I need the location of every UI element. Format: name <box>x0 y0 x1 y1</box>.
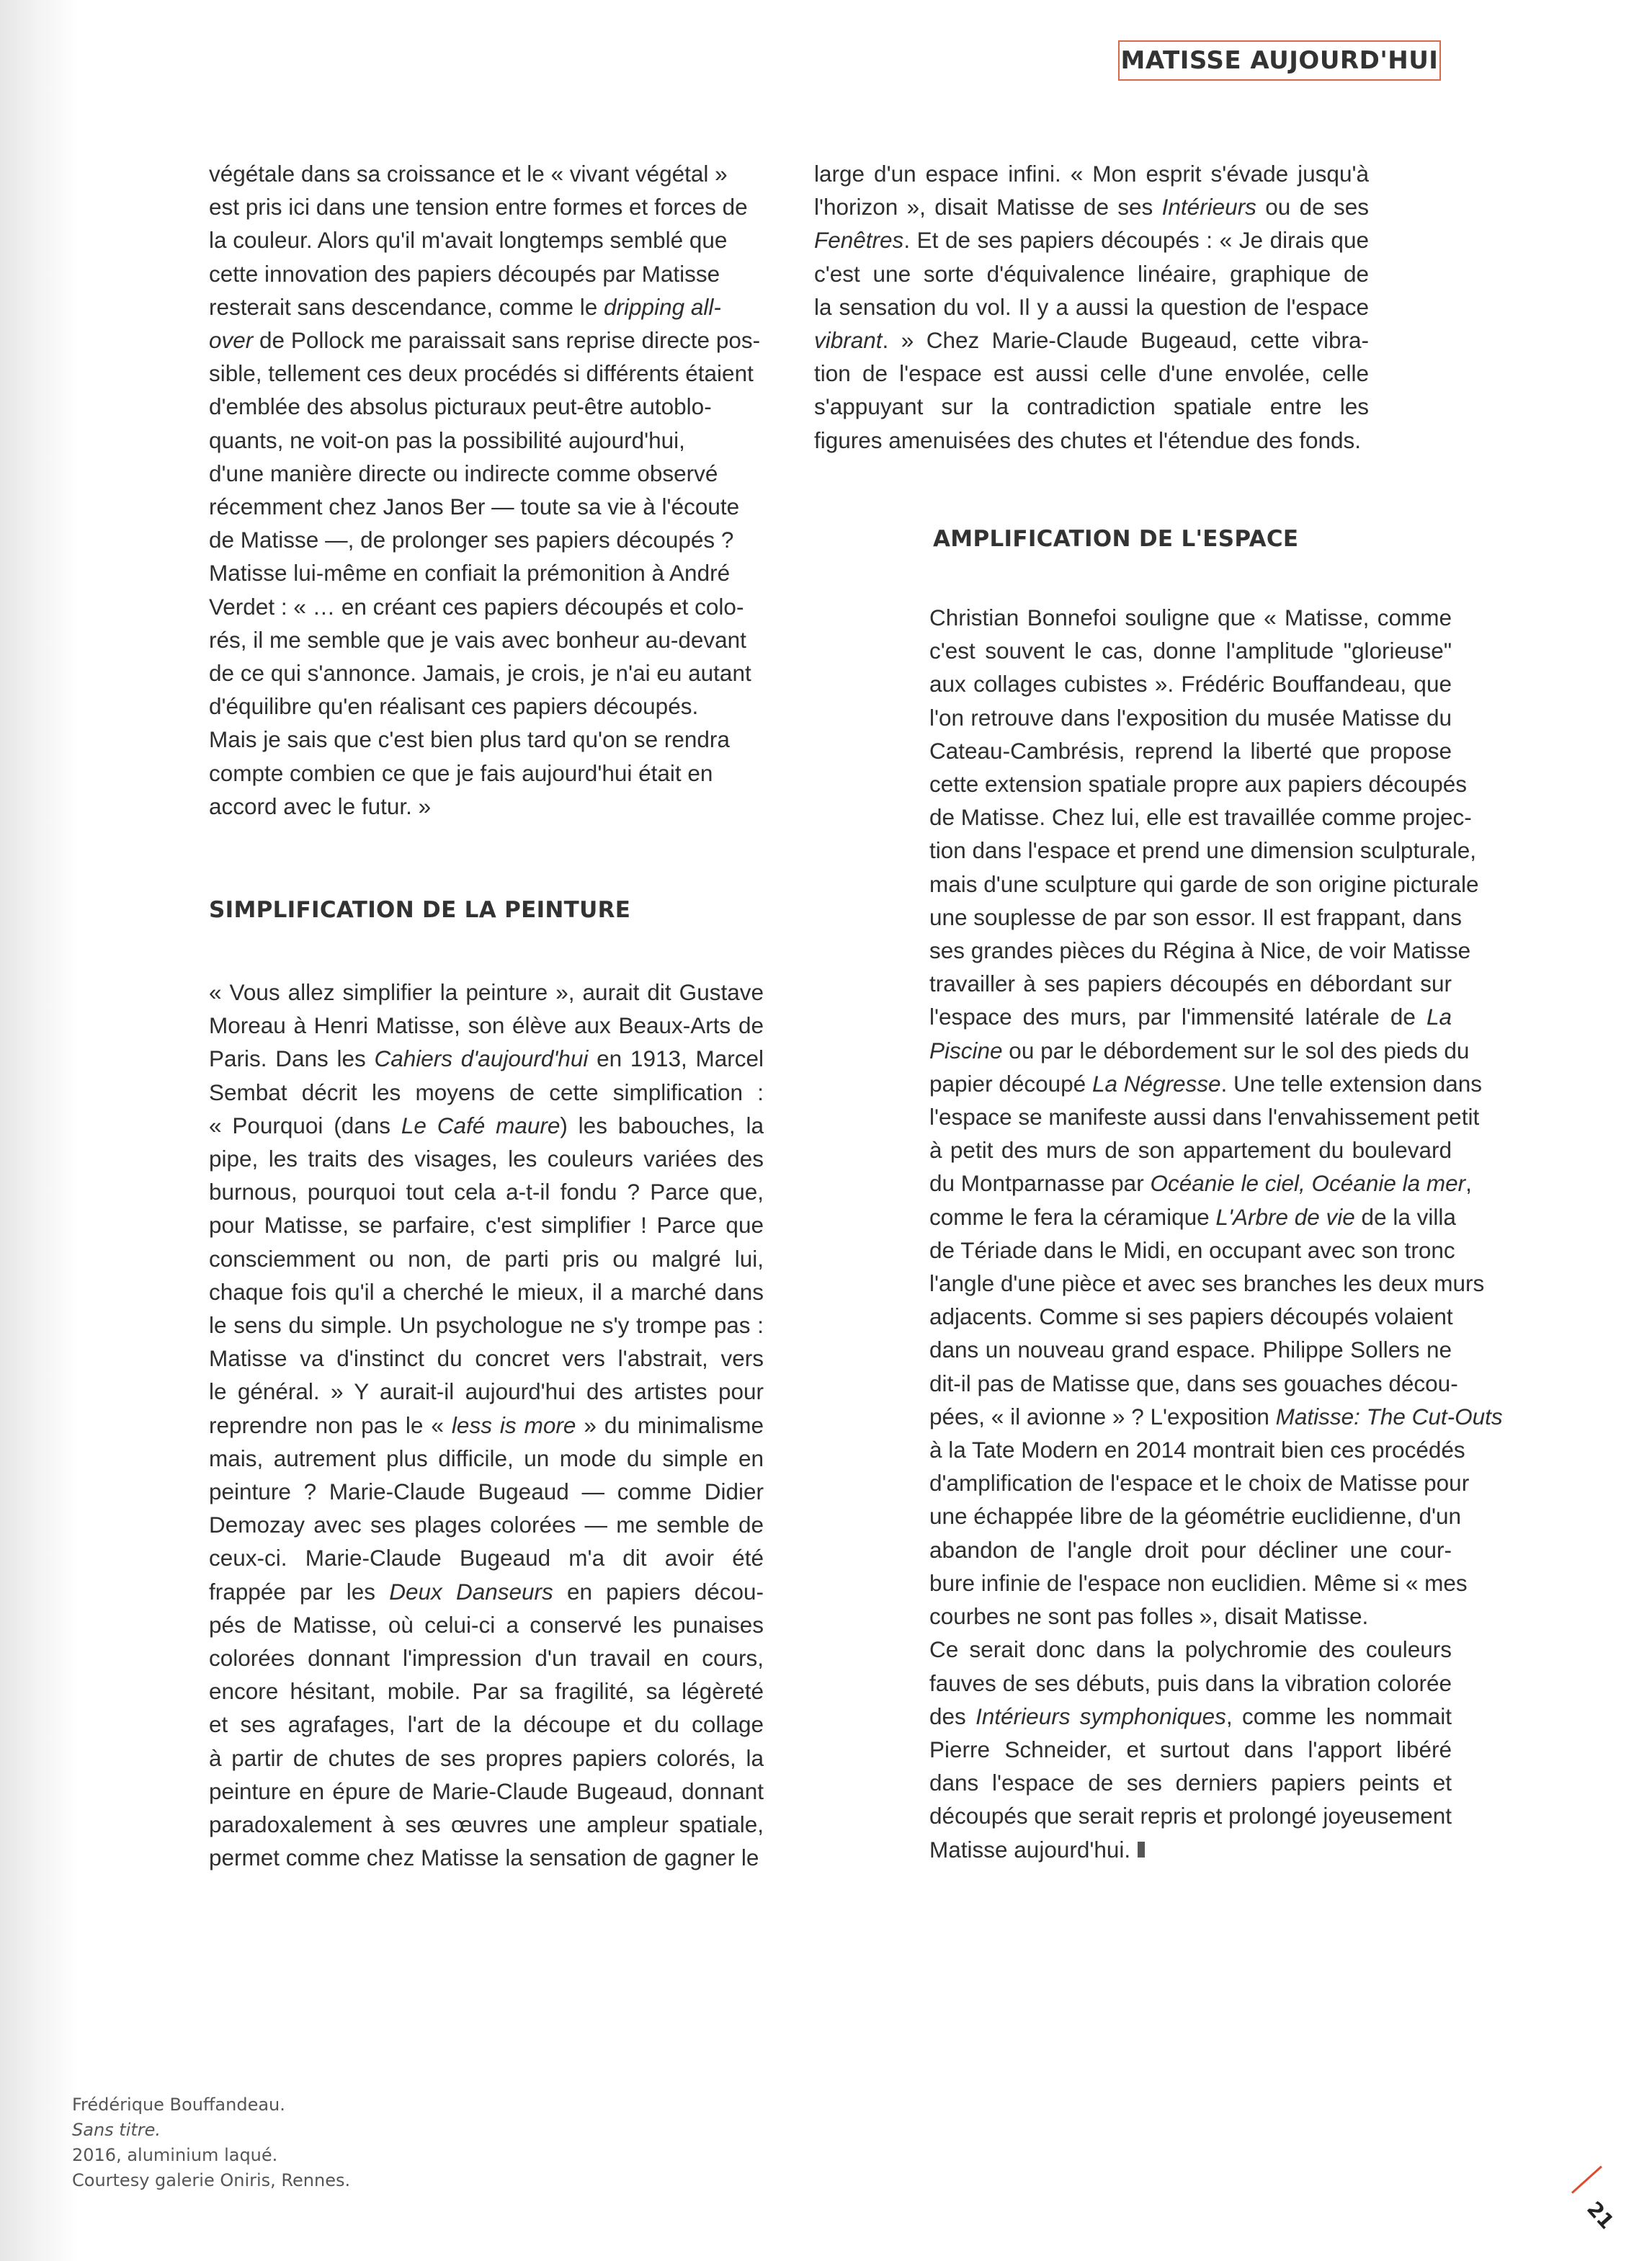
text-line: tion dans l'espace et prend une dimensio… <box>929 834 1452 867</box>
section-tag-label: MATISSE AUJOURD'HUI <box>1121 46 1439 75</box>
caption-details: 2016, aluminium laqué. <box>72 2143 350 2168</box>
text-line: pipe, les traits des visages, les couleu… <box>209 1142 764 1175</box>
text-line: végétale dans sa croissance et le « viva… <box>209 157 650 190</box>
heading-simplification: SIMPLIFICATION DE LA PEINTURE <box>209 897 630 923</box>
text-line: rés, il me semble que je vais avec bonhe… <box>209 623 650 656</box>
text-line: la couleur. Alors qu'il m'avait longtemp… <box>209 223 650 257</box>
text-line: pées, « il avionne » ? L'exposition Mati… <box>929 1400 1452 1433</box>
text-line: de Tériade dans le Midi, en occupant ave… <box>929 1234 1452 1267</box>
right-column-intro: large d'un espace infini. « Mon esprit s… <box>814 157 1369 457</box>
text-line: à la Tate Modern en 2014 montrait bien c… <box>929 1433 1452 1466</box>
text-line: est pris ici dans une tension entre form… <box>209 190 650 223</box>
text-line: Piscine ou par le débordement sur le sol… <box>929 1034 1452 1067</box>
text-line: dit-il pas de Matisse que, dans ses goua… <box>929 1367 1452 1400</box>
end-of-article-icon <box>1138 1842 1145 1858</box>
text-line: de Matisse —, de prolonger ses papiers d… <box>209 523 650 556</box>
text-line: Moreau à Henri Matisse, son élève aux Be… <box>209 1009 764 1042</box>
text-line: Verdet : « … en créant ces papiers décou… <box>209 590 650 623</box>
text-line: et ses agrafages, l'art de la découpe et… <box>209 1708 764 1741</box>
caption-credit: Courtesy galerie Oniris, Rennes. <box>72 2168 350 2193</box>
text-line: Christian Bonnefoi souligne que « Matiss… <box>929 601 1452 634</box>
text-line: Demozay avec ses plages colorées — me se… <box>209 1508 764 1541</box>
text-line: Matisse lui-même en confiait la prémonit… <box>209 556 650 589</box>
text-line: accord avec le futur. » <box>209 790 650 823</box>
text-line: à petit des murs de son appartement du b… <box>929 1133 1452 1167</box>
text-line: aux collages cubistes ». Frédéric Bouffa… <box>929 667 1452 700</box>
section-tag: MATISSE AUJOURD'HUI <box>1118 40 1441 81</box>
text-line: papier découpé La Négresse. Une telle ex… <box>929 1067 1452 1100</box>
text-line: courbes ne sont pas folles », disait Mat… <box>929 1600 1452 1633</box>
text-line: « Pourquoi (dans Le Café maure) les babo… <box>209 1109 764 1142</box>
text-line: l'espace se manifeste aussi dans l'envah… <box>929 1100 1452 1133</box>
page-number-label: 21 <box>1582 2197 1619 2234</box>
text-line: Cateau-Cambrésis, reprend la liberté que… <box>929 734 1452 767</box>
simplification-paragraph: « Vous allez simplifier la peinture », a… <box>209 976 764 1874</box>
text-line: Ce serait donc dans la polychromie des c… <box>929 1633 1452 1666</box>
text-line: paradoxalement à ses œuvres une ampleur … <box>209 1808 764 1841</box>
page-number: 21 <box>1556 2169 1635 2234</box>
text-line: Pierre Schneider, et surtout dans l'appo… <box>929 1733 1452 1766</box>
text-line: compte combien ce que je fais aujourd'hu… <box>209 757 650 790</box>
text-line: « Vous allez simplifier la peinture », a… <box>209 976 764 1009</box>
text-line: à partir de chutes de ses propres papier… <box>209 1742 764 1775</box>
text-line: Mais je sais que c'est bien plus tard qu… <box>209 723 650 756</box>
text-line: adjacents. Comme si ses papiers découpés… <box>929 1300 1452 1333</box>
text-line: Matisse aujourd'hui. <box>929 1833 1452 1866</box>
page-number-slash-icon <box>1571 2166 1602 2194</box>
text-line: burnous, pourquoi tout cela a-t-il fondu… <box>209 1175 764 1208</box>
left-column-intro: végétale dans sa croissance et le « viva… <box>209 157 650 823</box>
text-line: frappée par les Deux Danseurs en papiers… <box>209 1575 764 1608</box>
text-line: récemment chez Janos Ber — toute sa vie … <box>209 490 650 523</box>
text-line: dans un nouveau grand espace. Philippe S… <box>929 1333 1452 1366</box>
text-line: ses grandes pièces du Régina à Nice, de … <box>929 934 1452 967</box>
text-line: mais d'une sculpture qui garde de son or… <box>929 868 1452 901</box>
text-line: cette extension spatiale propre aux papi… <box>929 767 1452 801</box>
text-line: consciemment ou non, de parti pris ou ma… <box>209 1242 764 1275</box>
text-line: resterait sans descendance, comme le dri… <box>209 290 650 324</box>
text-line: fauves de ses débuts, puis dans la vibra… <box>929 1667 1452 1700</box>
text-line: Sembat décrit les moyens de cette simpli… <box>209 1076 764 1109</box>
text-line: over de Pollock me paraissait sans repri… <box>209 324 650 357</box>
text-line: la sensation du vol. Il y a aussi la que… <box>814 290 1369 324</box>
image-caption: Frédérique Bouffandeau. Sans titre. 2016… <box>72 2092 350 2193</box>
caption-title: Sans titre. <box>72 2118 350 2143</box>
text-line: reprendre non pas le « less is more » du… <box>209 1409 764 1442</box>
text-line: chaque fois qu'il a cherché le mieux, il… <box>209 1275 764 1308</box>
text-line: colorées donnant l'impression d'un trava… <box>209 1641 764 1674</box>
text-line: vibrant. » Chez Marie-Claude Bugeaud, ce… <box>814 324 1369 357</box>
text-line: s'appuyant sur la contradiction spatiale… <box>814 390 1369 423</box>
text-line: d'une manière directe ou indirecte comme… <box>209 457 650 490</box>
text-line: abandon de l'angle droit pour décliner u… <box>929 1533 1452 1566</box>
text-line: l'horizon », disait Matisse de ses Intér… <box>814 190 1369 223</box>
text-line: Fenêtres. Et de ses papiers découpés : «… <box>814 223 1369 257</box>
text-line: comme le fera la céramique L'Arbre de vi… <box>929 1200 1452 1234</box>
text-line: bure infinie de l'espace non euclidien. … <box>929 1566 1452 1600</box>
text-line: l'on retrouve dans l'exposition du musée… <box>929 701 1452 734</box>
text-line: encore hésitant, mobile. Par sa fragilit… <box>209 1674 764 1708</box>
text-line: Paris. Dans les Cahiers d'aujourd'hui en… <box>209 1042 764 1075</box>
left-column-simplification: « Vous allez simplifier la peinture », a… <box>209 976 764 1874</box>
intro-paragraph: végétale dans sa croissance et le « viva… <box>209 157 650 823</box>
text-line: pour Matisse, se parfaire, c'est simplif… <box>209 1208 764 1241</box>
text-line: sible, tellement ces deux procédés si di… <box>209 357 650 390</box>
text-line: c'est une sorte d'équivalence linéaire, … <box>814 257 1369 290</box>
text-line: d'amplification de l'espace et le choix … <box>929 1466 1452 1499</box>
text-line: dans l'espace de ses derniers papiers pe… <box>929 1766 1452 1799</box>
text-line: large d'un espace infini. « Mon esprit s… <box>814 157 1369 190</box>
caption-artist: Frédérique Bouffandeau. <box>72 2092 350 2118</box>
text-line: l'angle d'une pièce et avec ses branches… <box>929 1267 1452 1300</box>
right-top-paragraph: large d'un espace infini. « Mon esprit s… <box>814 157 1369 457</box>
text-line: une souplesse de par son essor. Il est f… <box>929 901 1452 934</box>
text-line: Matisse va d'instinct du concret vers l'… <box>209 1342 764 1375</box>
text-line: pés de Matisse, où celui-ci a conservé l… <box>209 1608 764 1641</box>
text-line: figures amenuisées des chutes et l'étend… <box>814 424 1369 457</box>
text-line: d'équilibre qu'en réalisant ces papiers … <box>209 690 650 723</box>
text-line: le sens du simple. Un psychologue ne s'y… <box>209 1308 764 1342</box>
right-column-amplification: Christian Bonnefoi souligne que « Matiss… <box>929 601 1452 1866</box>
text-line: ceux-ci. Marie-Claude Bugeaud m'a dit av… <box>209 1541 764 1574</box>
text-line: d'emblée des absolus picturaux peut-être… <box>209 390 650 423</box>
text-line: découpés que serait repris et prolongé j… <box>929 1799 1452 1832</box>
text-line: peinture en épure de Marie-Claude Bugeau… <box>209 1775 764 1808</box>
heading-amplification: AMPLIFICATION DE L'ESPACE <box>933 526 1298 552</box>
text-line: du Montparnasse par Océanie le ciel, Océ… <box>929 1167 1452 1200</box>
amplification-paragraph: Christian Bonnefoi souligne que « Matiss… <box>929 601 1452 1866</box>
text-line: cette innovation des papiers découpés pa… <box>209 257 650 290</box>
text-line: une échappée libre de la géométrie eucli… <box>929 1499 1452 1533</box>
text-line: c'est souvent le cas, donne l'amplitude … <box>929 634 1452 667</box>
text-line: le général. » Y aurait-il aujourd'hui de… <box>209 1375 764 1408</box>
text-line: travailler à ses papiers découpés en déb… <box>929 967 1452 1000</box>
text-line: de ce qui s'annonce. Jamais, je crois, j… <box>209 656 650 690</box>
text-line: des Intérieurs symphoniques, comme les n… <box>929 1700 1452 1733</box>
text-line: permet comme chez Matisse la sensation d… <box>209 1841 764 1874</box>
text-line: l'espace des murs, par l'immensité latér… <box>929 1000 1452 1033</box>
text-line: quants, ne voit-on pas la possibilité au… <box>209 424 650 457</box>
text-line: mais, autrement plus difficile, un mode … <box>209 1442 764 1475</box>
page-gutter-shadow <box>0 0 79 2261</box>
text-line: de Matisse. Chez lui, elle est travaillé… <box>929 801 1452 834</box>
text-line: tion de l'espace est aussi celle d'une e… <box>814 357 1369 390</box>
text-line: peinture ? Marie-Claude Bugeaud — comme … <box>209 1475 764 1508</box>
